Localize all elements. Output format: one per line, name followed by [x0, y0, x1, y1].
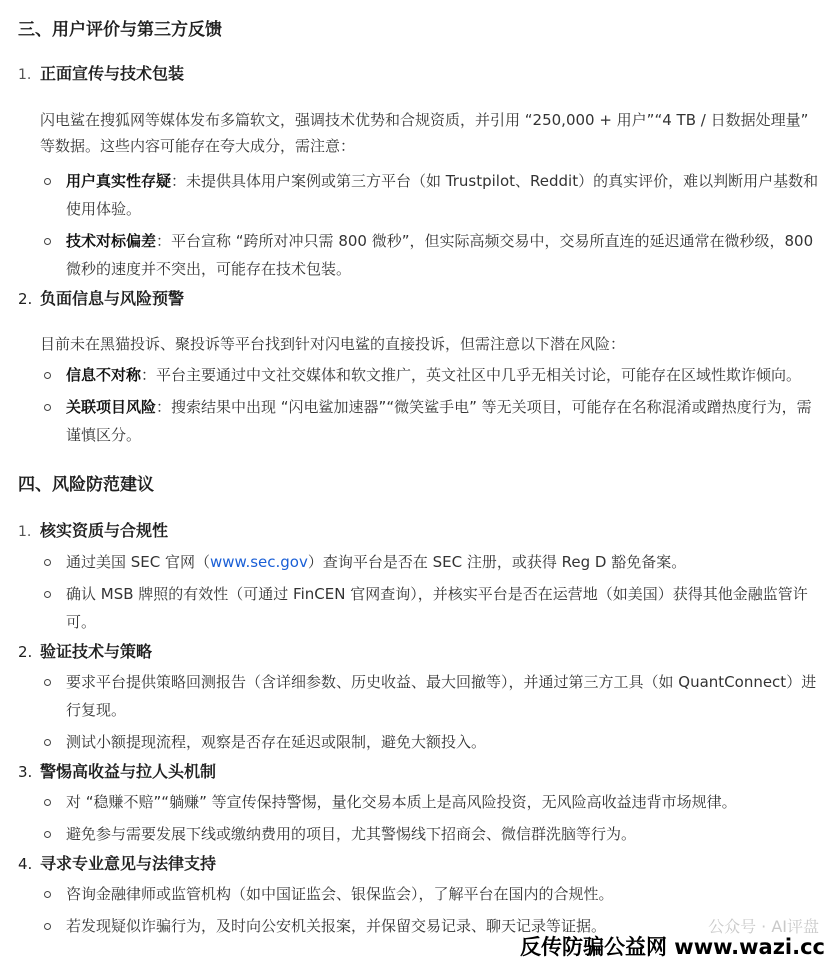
s4-item-3-bullets: 对 “稳赚不赔”“躺赚” 等宣传保持警惕，量化交易本质上是高风险投资，无风险高收…: [18, 788, 823, 848]
list-item: 用户真实性存疑：未提供具体用户案例或第三方平台（如 Trustpilot、Red…: [40, 167, 823, 223]
list-item: 测试小额提现流程，观察是否存在延迟或限制，避免大额投入。: [40, 728, 823, 756]
list-item: 确认 MSB 牌照的有效性（可通过 FinCEN 官网查询），并核实平台是否在运…: [40, 580, 823, 636]
list-number: 1.: [18, 520, 40, 544]
s3-item-1-title: 正面宣传与技术包装: [40, 62, 184, 86]
section-3-heading: 三、用户评价与第三方反馈: [18, 0, 823, 42]
s4-item-4-heading: 4. 寻求专业意见与法律支持: [18, 852, 823, 876]
s3-item-2-intro: 目前未在黑猫投诉、聚投诉等平台找到针对闪电鲨的直接投诉，但需注意以下潜在风险：: [18, 331, 823, 357]
list-item: 对 “稳赚不赔”“躺赚” 等宣传保持警惕，量化交易本质上是高风险投资，无风险高收…: [40, 788, 823, 816]
list-item: 信息不对称：平台主要通过中文社交媒体和软文推广，英文社区中几乎无相关讨论，可能存…: [40, 361, 823, 389]
list-number: 3.: [18, 760, 40, 784]
article-body: 三、用户评价与第三方反馈 1. 正面宣传与技术包装 闪电鲨在搜狐网等媒体发布多篇…: [0, 0, 839, 940]
list-item: 技术对标偏差：平台宣称 “跨所对冲只需 800 微秒”，但实际高频交易中，交易所…: [40, 227, 823, 283]
s4-item-2-heading: 2. 验证技术与策略: [18, 640, 823, 664]
list-item: 咨询金融律师或监管机构（如中国证监会、银保监会），了解平台在国内的合规性。: [40, 880, 823, 908]
list-number: 1.: [18, 63, 40, 87]
s4-item-1-bullets: 通过美国 SEC 官网（www.sec.gov）查询平台是否在 SEC 注册，或…: [18, 548, 823, 636]
watermark: 反传防骗公益网 www.wazi.cc: [520, 931, 825, 961]
s4-item-1-heading: 1. 核实资质与合规性: [18, 519, 823, 544]
list-number: 2.: [18, 640, 40, 664]
s3-item-2-heading: 2. 负面信息与风险预警: [18, 287, 823, 311]
list-item: 要求平台提供策略回测报告（含详细参数、历史收益、最大回撤等），并通过第三方工具（…: [40, 668, 823, 724]
s4-item-2-bullets: 要求平台提供策略回测报告（含详细参数、历史收益、最大回撤等），并通过第三方工具（…: [18, 668, 823, 756]
s3-item-1-intro: 闪电鲨在搜狐网等媒体发布多篇软文，强调技术优势和合规资质，并引用 “250,00…: [18, 107, 823, 159]
list-number: 4.: [18, 852, 40, 876]
s3-item-1-heading: 1. 正面宣传与技术包装: [18, 62, 823, 87]
list-number: 2.: [18, 287, 40, 311]
list-item: 避免参与需要发展下线或缴纳费用的项目，尤其警惕线下招商会、微信群洗脑等行为。: [40, 820, 823, 848]
s3-item-1-bullets: 用户真实性存疑：未提供具体用户案例或第三方平台（如 Trustpilot、Red…: [18, 167, 823, 283]
s3-item-2-bullets: 信息不对称：平台主要通过中文社交媒体和软文推广，英文社区中几乎无相关讨论，可能存…: [18, 361, 823, 449]
list-item: 关联项目风险：搜索结果中出现 “闪电鲨加速器”“微笑鲨手电” 等无关项目，可能存…: [40, 393, 823, 449]
section-4-heading: 四、风险防范建议: [18, 473, 823, 497]
sec-gov-link[interactable]: www.sec.gov: [210, 553, 308, 571]
s4-item-3-heading: 3. 警惕高收益与拉人头机制: [18, 760, 823, 784]
list-item: 通过美国 SEC 官网（www.sec.gov）查询平台是否在 SEC 注册，或…: [40, 548, 823, 576]
s3-item-2-title: 负面信息与风险预警: [40, 287, 184, 311]
